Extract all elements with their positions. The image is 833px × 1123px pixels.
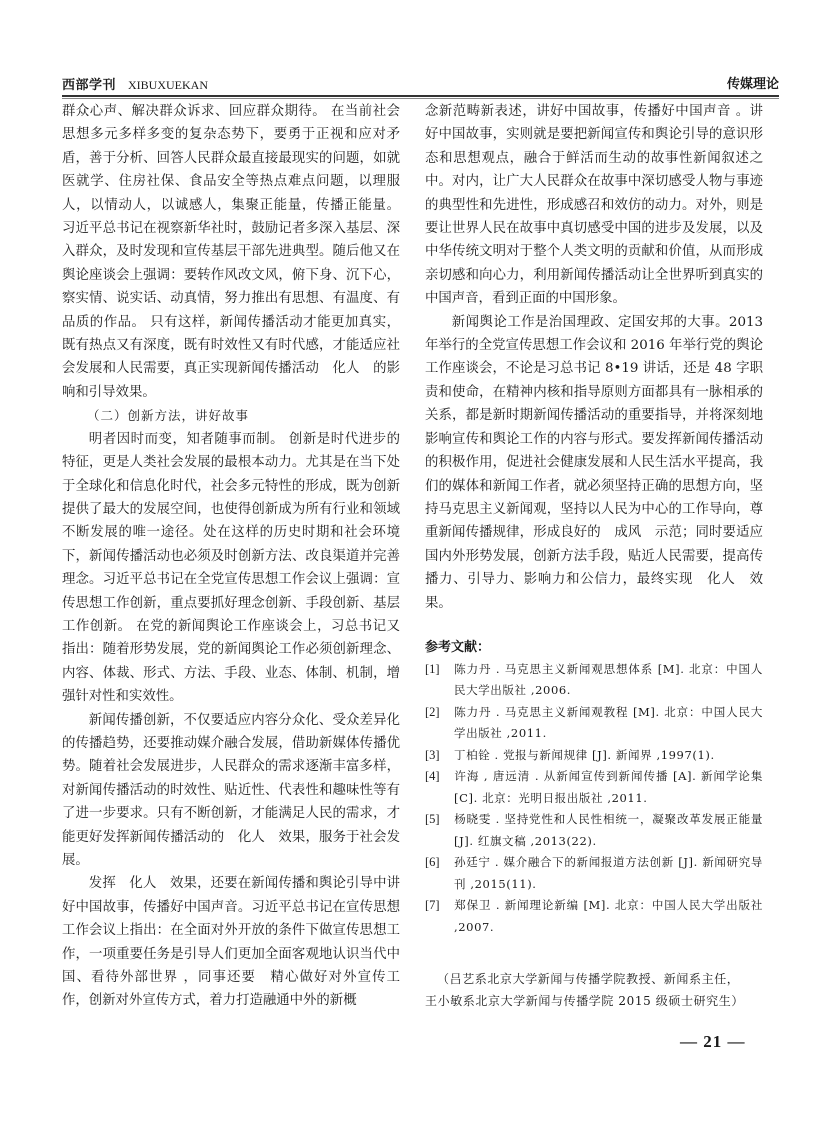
reference-number: [7] [425,895,454,917]
journal-name-en: XIBUXUEKAN [128,78,208,92]
paragraph: 念新范畴新表述，讲好中国故事，传播好中国声音 。讲好中国故事，实则就是要把新闻宣… [425,100,763,311]
reference-text: 许海 , 唐远清 . 从新闻宣传到新闻传播 [A]. 新闻学论集 [C]. 北京… [454,769,763,805]
reference-item: [6]孙廷宁 . 媒介融合下的新闻报道方法创新 [J]. 新闻研究导刊 ,201… [425,852,763,895]
reference-item: [2]陈力丹 . 马克思主义新闻观教程 [M]. 北京：中国人民大学出版社 ,2… [425,702,763,745]
reference-text: 郑保卫 . 新闻理论新编 [M]. 北京：中国人民大学出版社 ,2007. [454,898,763,934]
reference-item: [7]郑保卫 . 新闻理论新编 [M]. 北京：中国人民大学出版社 ,2007. [425,895,763,938]
author-note-line: 王小敏系北京大学新闻与传播学院 2015 级硕士研究生） [425,990,763,1012]
header-divider [62,95,779,97]
references-heading: 参考文献： [425,637,763,659]
reference-number: [2] [425,702,454,724]
reference-number: [6] [425,852,454,874]
reference-number: [4] [425,766,454,788]
reference-item: [5]杨晓雯 . 坚持党性和人民性相统一，凝聚改革发展正能量 [J]. 红旗文稿… [425,809,763,852]
journal-title: 西部学刊XIBUXUEKAN [62,76,208,95]
section-title: 传媒理论 [727,76,779,94]
page-number: — 21 — [680,1032,746,1052]
paragraph: 明者因时而变，知者随事而制。 创新是时代进步的特征，更是人类社会发展的最根本动力… [62,428,400,709]
reference-number: [1] [425,659,454,681]
header-divider-thin [62,98,779,99]
reference-number: [5] [425,809,454,831]
left-column: 群众心声、解决群众诉求、回应群众期待。 在当前社会思想多元多样多变的复杂态势下，… [62,100,400,1013]
reference-text: 杨晓雯 . 坚持党性和人民性相统一，凝聚改革发展正能量 [J]. 红旗文稿 ,2… [454,812,763,848]
author-affiliation-note: （吕艺系北京大学新闻与传播学院教授、新闻系主任， 王小敏系北京大学新闻与传播学院… [425,968,763,1012]
paragraph: 新闻传播创新，不仅要适应内容分众化、受众差异化的传播趋势，还要推动媒介融合发展，… [62,709,400,873]
reference-number: [3] [425,745,454,767]
journal-name-cn: 西部学刊 [62,78,116,93]
paragraph: 发挥 化人 效果，还要在新闻传播和舆论引导中讲好中国故事，传播好中国声音。习近平… [62,872,400,1012]
paragraph: 群众心声、解决群众诉求、回应群众期待。 在当前社会思想多元多样多变的复杂态势下，… [62,100,400,404]
reference-text: 陈力丹 . 马克思主义新闻观思想体系 [M]. 北京：中国人民大学出版社 ,20… [454,662,763,698]
reference-item: [4]许海 , 唐远清 . 从新闻宣传到新闻传播 [A]. 新闻学论集 [C].… [425,766,763,809]
paragraph: 新闻舆论工作是治国理政、定国安邦的大事。2013年举行的全党宣传思想工作会议和 … [425,311,763,615]
reference-text: 孙廷宁 . 媒介融合下的新闻报道方法创新 [J]. 新闻研究导刊 ,2015(1… [454,855,763,891]
reference-item: [3]丁柏铨 . 党报与新闻规律 [J]. 新闻界 ,1997(1). [425,745,763,767]
author-note-line: （吕艺系北京大学新闻与传播学院教授、新闻系主任， [425,968,763,990]
running-header: 西部学刊XIBUXUEKAN 传媒理论 [62,76,779,96]
reference-text: 陈力丹 . 马克思主义新闻观教程 [M]. 北京：中国人民大学出版社 ,2011… [454,705,763,741]
right-column: 念新范畴新表述，讲好中国故事，传播好中国声音 。讲好中国故事，实则就是要把新闻宣… [425,100,763,1012]
reference-item: [1]陈力丹 . 马克思主义新闻观思想体系 [M]. 北京：中国人民大学出版社 … [425,659,763,702]
section-subheading: （二）创新方法，讲好故事 [62,404,400,427]
references-list: [1]陈力丹 . 马克思主义新闻观思想体系 [M]. 北京：中国人民大学出版社 … [425,659,763,939]
reference-text: 丁柏铨 . 党报与新闻规律 [J]. 新闻界 ,1997(1). [454,748,715,762]
